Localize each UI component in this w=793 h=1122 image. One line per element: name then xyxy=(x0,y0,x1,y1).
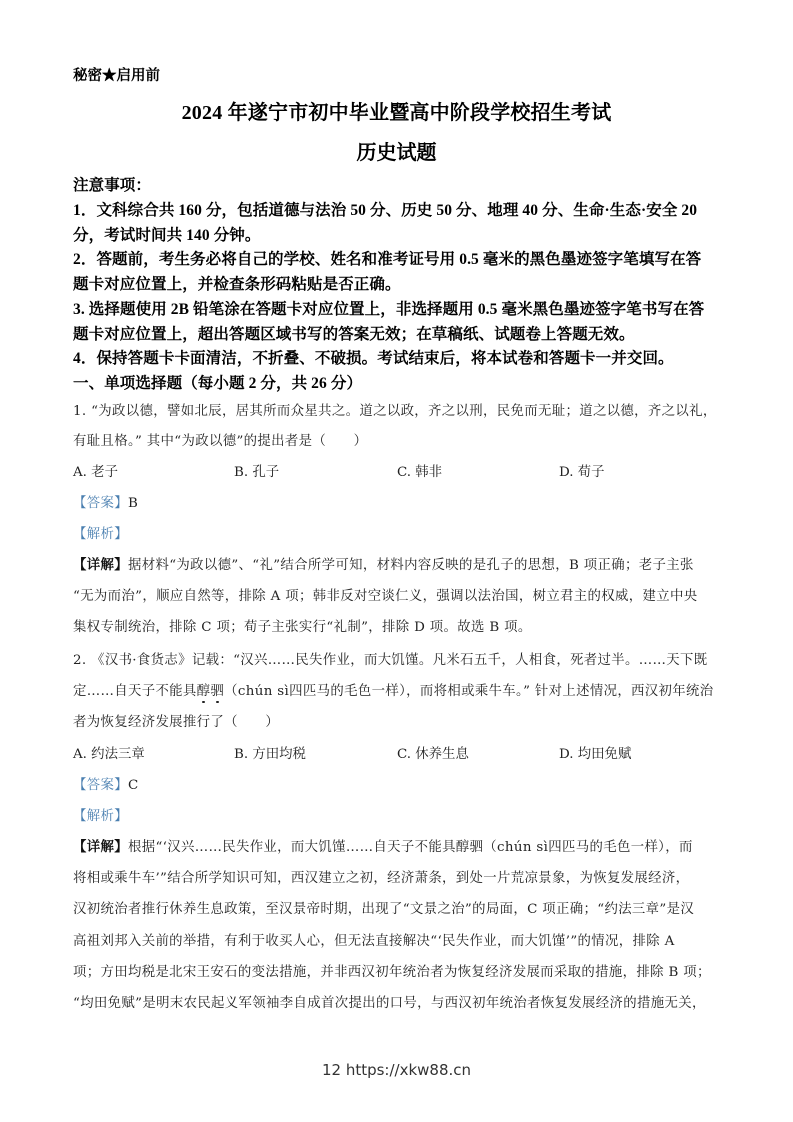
emphasized-char: 醇 xyxy=(197,680,211,699)
question-2-answer: 【答案】C xyxy=(73,774,139,793)
question-1-stem: 有耻且格。” 其中“为政以德”的提出者是（ ） xyxy=(73,430,367,449)
exam-subtitle: 历史试题 xyxy=(0,136,793,165)
notice-heading: 注意事项： xyxy=(73,173,151,195)
question-2-option-d: D. 均田免赋 xyxy=(559,743,631,762)
question-2-stem: 2. 《汉书·食货志》记载：“汉兴……民失作业，而大饥馑。凡米石五千，人相食，死… xyxy=(73,649,707,668)
confidential-label: 秘密★启用前 xyxy=(73,64,160,85)
question-2-detail: 高祖刘邦入关前的举措，有利于收买人心，但无法直接解决“‘民失作业，而大饥馑’”的… xyxy=(73,930,675,949)
question-1-option-a: A. 老子 xyxy=(73,461,118,480)
notice-line: 分，考试时间共 140 分钟。 xyxy=(73,223,261,245)
question-2-detail: 将相或乘牛车’”结合所学知识可知，西汉建立之初，经济萧条，到处一片荒凉景象，为恢… xyxy=(73,867,689,886)
footer-url[interactable]: https://xkw88.cn xyxy=(346,1061,471,1079)
notice-line: 3. 选择题使用 2B 铅笔涂在答题卡对应位置上，非选择题用 0.5 毫米黑色墨… xyxy=(73,297,704,319)
stem-text: 定……自天子不能具 xyxy=(73,684,197,699)
notice-line: 题卡对应位置上，并检查条形码粘贴是否正确。 xyxy=(73,272,401,294)
answer-label: 【答案】 xyxy=(73,778,128,793)
question-2-option-a: A. 约法三章 xyxy=(73,743,145,762)
notice-line: 1．文科综合共 160 分，包括道德与法治 50 分、历史 50 分、地理 40… xyxy=(73,198,697,220)
section-heading: 一、单项选择题（每小题 2 分，共 26 分） xyxy=(73,371,362,393)
notice-line: 2．答题前，考生务必将自己的学校、姓名和准考证号用 0.5 毫米的黑色墨迹签字笔… xyxy=(73,247,701,269)
question-1-detail: 【详解】据材料“为政以德”、“礼”结合所学可知，材料内容反映的是孔子的思想，B … xyxy=(73,554,694,573)
question-2-option-c: C. 休养生息 xyxy=(397,743,469,762)
question-1-option-b: B. 孔子 xyxy=(234,461,279,480)
answer-value: B xyxy=(128,496,138,511)
notice-line: 4．保持答题卡卡面清洁，不折叠、不破损。考试结束后，将本试卷和答题卡一并交回。 xyxy=(73,346,674,368)
page-footer: 12 https://xkw88.cn xyxy=(0,1061,793,1079)
detail-text: 根据“‘汉兴……民失作业，而大饥馑……自天子不能具醇驷（chún sì四匹马的毛… xyxy=(128,840,693,855)
answer-value: C xyxy=(128,778,139,793)
detail-label: 【详解】 xyxy=(73,839,128,855)
question-1-detail: 集权专制统治，排除 C 项；荀子主张实行“礼制”，排除 D 项。故选 B 项。 xyxy=(73,616,532,635)
question-2-stem: 定……自天子不能具醇驷（chún sì四匹马的毛色一样），而将相或乘牛车。” 针… xyxy=(73,680,714,699)
question-2-detail: “均田免赋”是明末农民起义军领袖李自成首次提出的口号，与西汉初年统治者恢复发展经… xyxy=(73,992,706,1011)
question-2-analysis-label: 【解析】 xyxy=(73,805,128,824)
emphasized-char: 驷 xyxy=(210,680,224,699)
question-2-stem: 者为恢复经济发展推行了（ ） xyxy=(73,711,279,730)
stem-text: （chún sì四匹马的毛色一样），而将相或乘牛车。” 针对上述情况，西汉初年统… xyxy=(224,684,713,699)
question-1-option-d: D. 荀子 xyxy=(559,461,605,480)
question-2-detail: 汉初统治者推行休养生息政策，至汉景帝时期，出现了“文景之治”的局面，C 项正确；… xyxy=(73,898,694,917)
question-2-detail: 项；方田均税是北宋王安石的变法措施，并非西汉初年统治者为恢复经济发展而采取的措施… xyxy=(73,961,711,980)
notice-line: 题卡对应位置上，超出答题区域书写的答案无效；在草稿纸、试题卷上答题无效。 xyxy=(73,322,635,344)
detail-text: 据材料“为政以德”、“礼”结合所学可知，材料内容反映的是孔子的思想，B 项正确；… xyxy=(128,558,694,573)
question-1-detail: “无为而治”，顺应自然等，排除 A 项；韩非反对空谈仁义，强调以法治国，树立君主… xyxy=(73,585,697,604)
question-1-analysis-label: 【解析】 xyxy=(73,523,128,542)
question-1-option-c: C. 韩非 xyxy=(397,461,442,480)
exam-page: 秘密★启用前 2024 年遂宁市初中毕业暨高中阶段学校招生考试 历史试题 注意事… xyxy=(0,0,793,1122)
detail-label: 【详解】 xyxy=(73,557,128,573)
question-1-stem: 1. “为政以德，譬如北辰，居其所而众星共之。道之以政，齐之以刑，民免而无耻；道… xyxy=(73,400,717,419)
exam-title: 2024 年遂宁市初中毕业暨高中阶段学校招生考试 xyxy=(0,96,793,125)
question-1-answer: 【答案】B xyxy=(73,492,138,511)
question-2-option-b: B. 方田均税 xyxy=(234,743,306,762)
page-number: 12 xyxy=(322,1061,341,1079)
question-2-detail: 【详解】根据“‘汉兴……民失作业，而大饥馑……自天子不能具醇驷（chún sì四… xyxy=(73,836,693,855)
answer-label: 【答案】 xyxy=(73,496,128,511)
